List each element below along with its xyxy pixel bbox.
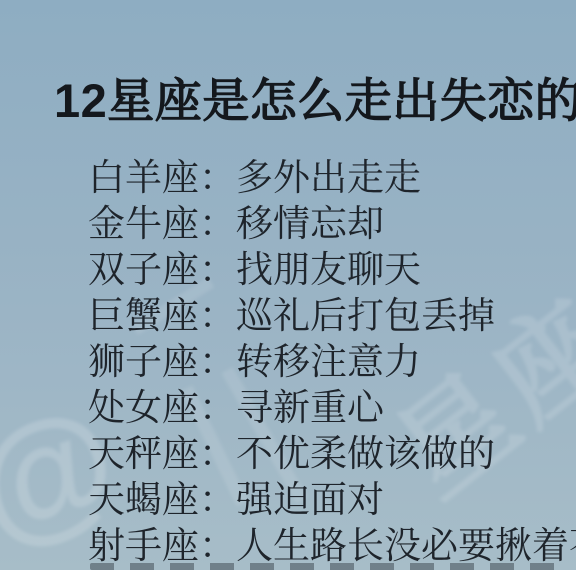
zodiac-sign: 巨蟹座 [88,295,199,336]
separator-colon: ： [199,433,236,474]
text-layer: 12星座是怎么走出失恋的 白羊座：多外出走走金牛座：移情忘却双子座：找朋友聊天巨… [0,0,576,570]
list-item: 金牛座：移情忘却 [88,201,576,247]
cutoff-next-line [90,563,558,570]
coping-method: 人生路长没必要揪着不 [236,525,576,566]
separator-colon: ： [199,157,236,198]
page-title: 12星座是怎么走出失恋的 [54,64,576,131]
list-item: 天蝎座：强迫面对 [88,477,576,523]
separator-colon: ： [199,341,236,382]
coping-method: 移情忘却 [236,203,384,244]
separator-colon: ： [199,387,236,428]
list-item: 狮子座：转移注意力 [88,339,576,385]
separator-colon: ： [199,479,236,520]
separator-colon: ： [199,525,236,566]
coping-method: 多外出走走 [236,157,421,198]
separator-colon: ： [199,249,236,290]
zodiac-sign: 双子座 [88,249,199,290]
list-item: 白羊座：多外出走走 [88,155,576,201]
coping-method: 转移注意力 [236,341,421,382]
separator-colon: ： [199,203,236,244]
zodiac-sign: 天秤座 [88,433,199,474]
zodiac-sign: 射手座 [88,525,199,566]
zodiac-list: 白羊座：多外出走走金牛座：移情忘却双子座：找朋友聊天巨蟹座：巡礼后打包丢掉狮子座… [88,155,576,569]
zodiac-sign: 天蝎座 [88,479,199,520]
coping-method: 寻新重心 [236,387,384,428]
meme-image: @ 星座 12星座是怎么走出失恋的 白羊座：多外出走走金牛座：移情忘却双子座：找… [0,0,576,570]
zodiac-sign: 狮子座 [88,341,199,382]
zodiac-sign: 白羊座 [88,157,199,198]
separator-colon: ： [199,295,236,336]
list-item: 双子座：找朋友聊天 [88,247,576,293]
list-item: 巨蟹座：巡礼后打包丢掉 [88,293,576,339]
list-item: 处女座：寻新重心 [88,385,576,431]
zodiac-sign: 处女座 [88,387,199,428]
coping-method: 巡礼后打包丢掉 [236,295,495,336]
zodiac-sign: 金牛座 [88,203,199,244]
coping-method: 不优柔做该做的 [236,433,495,474]
list-item: 天秤座：不优柔做该做的 [88,431,576,477]
coping-method: 强迫面对 [236,479,384,520]
coping-method: 找朋友聊天 [236,249,421,290]
